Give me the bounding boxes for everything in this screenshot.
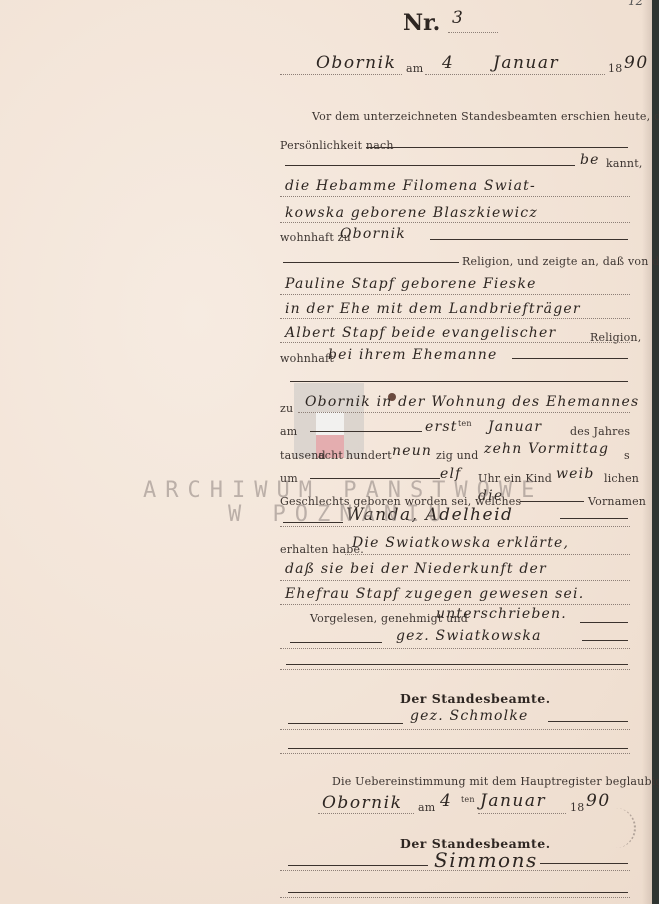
separator-rule-2 — [286, 664, 628, 665]
acht-label: acht — [318, 449, 343, 462]
book-binding — [652, 0, 659, 904]
hundert-label: hundert — [346, 449, 392, 462]
date-day: 4 — [442, 53, 454, 73]
signature-rule-left — [290, 642, 382, 643]
place-rule — [280, 74, 402, 75]
approval-signature: gez. Swiatkowska — [396, 628, 542, 644]
mother-line-2: in der Ehe mit dem Landbriefträger — [285, 301, 581, 317]
approval-hand: unterschrieben. — [436, 606, 567, 622]
birth-day: erst — [425, 419, 458, 435]
cert-month-rule — [478, 813, 566, 814]
vornamen-label: Vornamen — [588, 495, 646, 508]
intro-line-2-label: Persönlichkeit nach — [280, 139, 394, 152]
birth-decade: neun — [392, 443, 432, 459]
page-marker: 12 — [628, 0, 643, 8]
cert-year-prefix: 18 — [570, 801, 584, 814]
cert-month: Januar — [480, 791, 546, 811]
remark-rule-3 — [280, 604, 630, 605]
intro-line-2-rule — [366, 147, 628, 148]
cert-year-suffix: 90 — [586, 791, 611, 811]
lichen-label: lichen — [604, 472, 639, 485]
mother-rule-1 — [280, 294, 630, 295]
cert-ten-suffix: ten — [461, 795, 475, 804]
residence-rule — [430, 239, 628, 240]
officer-heading-1: Der Standesbeamte. — [400, 691, 551, 706]
am-birth-label: am — [280, 425, 297, 438]
birth-time: zehn Vormittag — [484, 441, 609, 457]
officer-rule-2-right — [540, 863, 628, 864]
given-names-rule-right — [560, 518, 628, 519]
officer-dotted-2 — [280, 870, 630, 871]
binding-shadow — [642, 0, 652, 904]
declarant-line-2: kowska geborene Blaszkiewicz — [285, 205, 538, 221]
zig-und: zig und — [436, 449, 478, 462]
declarant-line-1: die Hebamme Filomena Swiat- — [285, 178, 536, 194]
approval-rule — [580, 622, 628, 623]
remark-line-1: Die Swiatkowska erklärte, — [352, 535, 569, 551]
place: Obornik — [316, 53, 396, 73]
officer-signature-2: Simmons — [434, 848, 538, 872]
intro-line-1: Vor dem unterzeichneten Standesbeamten e… — [312, 110, 659, 123]
child-sex: weib — [556, 466, 595, 482]
mother-line-1: Pauline Stapf geborene Fieske — [285, 276, 537, 292]
declarant-residence: Obornik — [340, 226, 406, 242]
am-label: am — [406, 62, 423, 75]
intro-be: be — [580, 152, 600, 168]
separator-dotted-2 — [280, 669, 630, 670]
intro-line-3-rule — [285, 165, 575, 166]
religion-line: Religion, und zeigte an, daß von der — [462, 255, 659, 268]
date-month: Januar — [493, 53, 559, 73]
date-rule — [425, 74, 605, 75]
des-jahres: des Jahres — [570, 425, 630, 438]
cert-day: 4 — [440, 791, 452, 811]
birth-place-rule — [298, 412, 630, 413]
officer-rule-2-left — [288, 865, 428, 866]
archive-watermark-line-2: W POZNANIU — [228, 502, 450, 527]
officer-rule-1-right — [548, 721, 628, 722]
officer-signature-1: gez. Schmolke — [410, 708, 529, 724]
birth-month: Januar — [488, 419, 542, 435]
remark-line-3: Ehefrau Stapf zugegen gewesen sei. — [285, 586, 584, 602]
mother-residence-rule — [512, 358, 628, 359]
birth-place: Obornik in der Wohnung des Ehemannes — [305, 394, 639, 410]
cert-place-rule — [318, 813, 414, 814]
certification-text: Die Uebereinstimmung mit dem Hauptregist… — [332, 775, 659, 788]
signature-dotted — [280, 648, 630, 649]
remark-rule-2 — [280, 580, 630, 581]
officer-rule-1-left — [288, 723, 403, 724]
mother-rule-3 — [280, 342, 630, 343]
remark-line-2: daß sie bei der Niederkunft der — [285, 561, 547, 577]
mother-line-3: Albert Stapf beide evangelischer — [285, 325, 556, 341]
birth-day-rule — [310, 431, 422, 432]
officer-separator-dotted-2 — [280, 897, 630, 898]
intro-kannt: kannt, — [606, 157, 643, 170]
record-number-label: Nr. — [403, 10, 440, 36]
officer-separator-dotted-1 — [280, 753, 630, 754]
mother-rule-2 — [280, 318, 630, 319]
record-number-value: 3 — [452, 8, 464, 28]
mother-residence-label: wohnhaft — [280, 352, 334, 365]
ten-suffix: ten — [458, 419, 472, 428]
officer-separator-2 — [288, 892, 628, 893]
zu-label: zu — [280, 402, 293, 415]
remark-rule-1 — [345, 554, 630, 555]
officer-dotted-1 — [280, 729, 630, 730]
year-suffix: 90 — [624, 53, 649, 73]
s-suffix: s — [624, 449, 630, 462]
cert-am: am — [418, 801, 435, 814]
separator-rule — [290, 381, 628, 382]
officer-separator-1 — [288, 748, 628, 749]
mother-residence: bei ihrem Ehemanne — [328, 347, 497, 363]
year-prefix: 18 — [608, 62, 622, 75]
declarant-rule-2 — [280, 222, 630, 223]
declarant-rule-1 — [280, 196, 630, 197]
archive-watermark-line-1: ARCHIWUM PANSTWOWE — [143, 478, 543, 503]
religion-rule — [283, 262, 459, 263]
cert-place: Obornik — [322, 793, 402, 813]
record-number-rule — [448, 32, 498, 33]
signature-rule-right — [582, 640, 628, 641]
